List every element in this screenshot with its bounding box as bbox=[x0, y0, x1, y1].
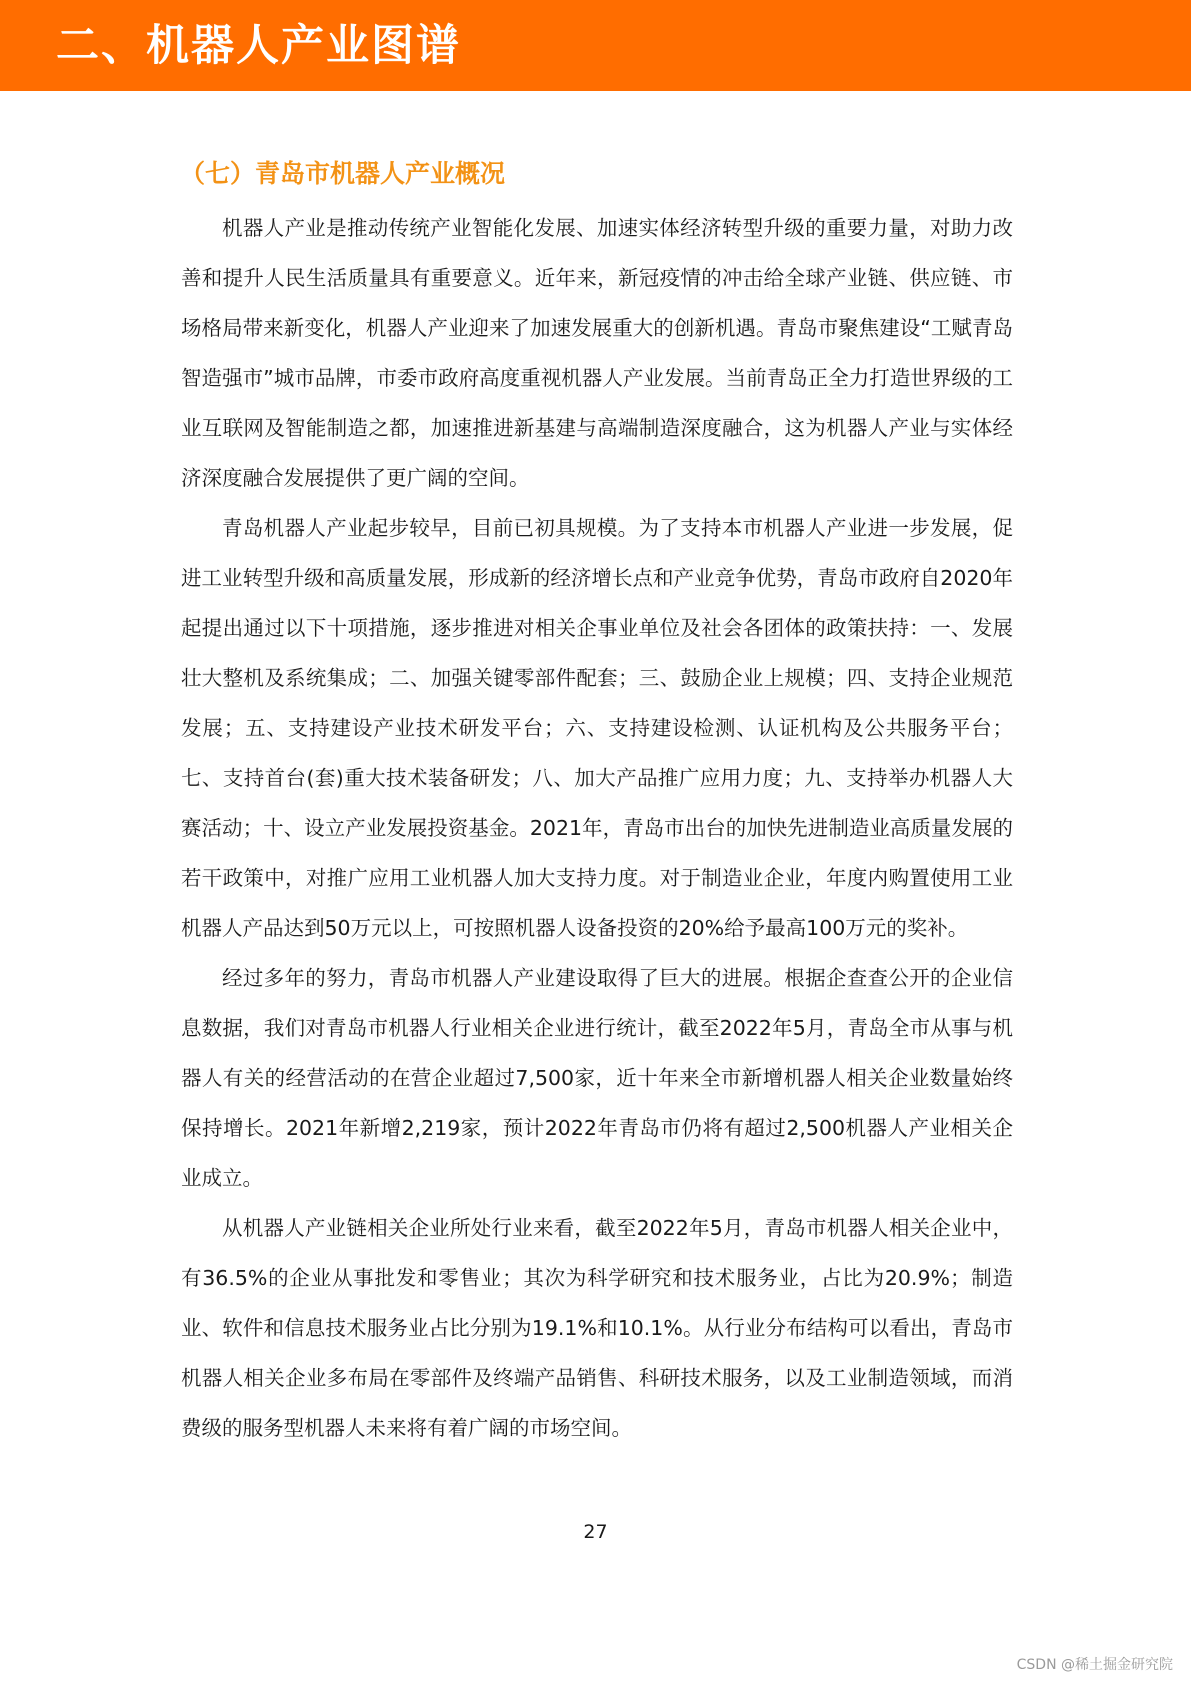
body-text: 机器人产业是推动传统产业智能化发展、加速实体经济转型升级的重要力量，对助力改善和… bbox=[181, 203, 1013, 1453]
chapter-header-bar: 二、机器人产业图谱 bbox=[0, 0, 1191, 91]
paragraph-policy: 青岛机器人产业起步较早，目前已初具规模。为了支持本市机器人产业进一步发展，促进工… bbox=[181, 503, 1013, 953]
chapter-title: 二、机器人产业图谱 bbox=[56, 18, 461, 74]
paragraph-industry-distribution: 从机器人产业链相关企业所处行业来看，截至2022年5月，青岛市机器人相关企业中，… bbox=[181, 1203, 1013, 1453]
watermark: CSDN @稀土掘金研究院 bbox=[1017, 1654, 1173, 1674]
paragraph-intro: 机器人产业是推动传统产业智能化发展、加速实体经济转型升级的重要力量，对助力改善和… bbox=[181, 203, 1013, 503]
section-title: （七）青岛市机器人产业概况 bbox=[180, 154, 505, 194]
page-number: 27 bbox=[0, 1521, 1191, 1543]
paragraph-enterprise-count: 经过多年的努力，青岛市机器人产业建设取得了巨大的进展。根据企查查公开的企业信息数… bbox=[181, 953, 1013, 1203]
